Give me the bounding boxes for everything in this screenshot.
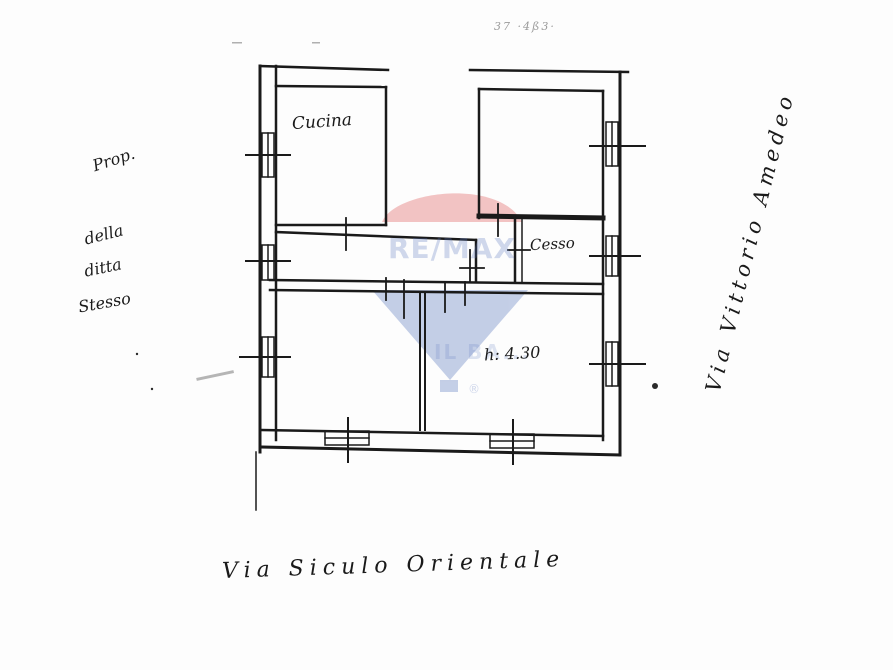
window-right-2 [590, 236, 640, 276]
room-label-cucina: Cucina [291, 110, 352, 134]
window-left-1 [246, 133, 290, 177]
top-reference-mark: 37 ·4ß3· [494, 20, 556, 33]
watermark-brand: RE/MAX [388, 232, 516, 265]
window-left-2 [246, 245, 290, 280]
window-right-3 [590, 342, 645, 386]
watermark-registered-mark: ® [468, 382, 480, 396]
room-height-label: h: 4.30 [484, 343, 541, 365]
floor-plan-sheet: RE/MAX IL BA... ® 37 ·4ß3· Cucina Cesso … [0, 0, 893, 670]
window-bottom-2 [490, 420, 534, 464]
window-left-3 [240, 337, 290, 377]
room-label-cesso: Cesso [530, 234, 576, 254]
window-bottom-1 [325, 418, 369, 462]
window-right-1 [590, 122, 645, 166]
